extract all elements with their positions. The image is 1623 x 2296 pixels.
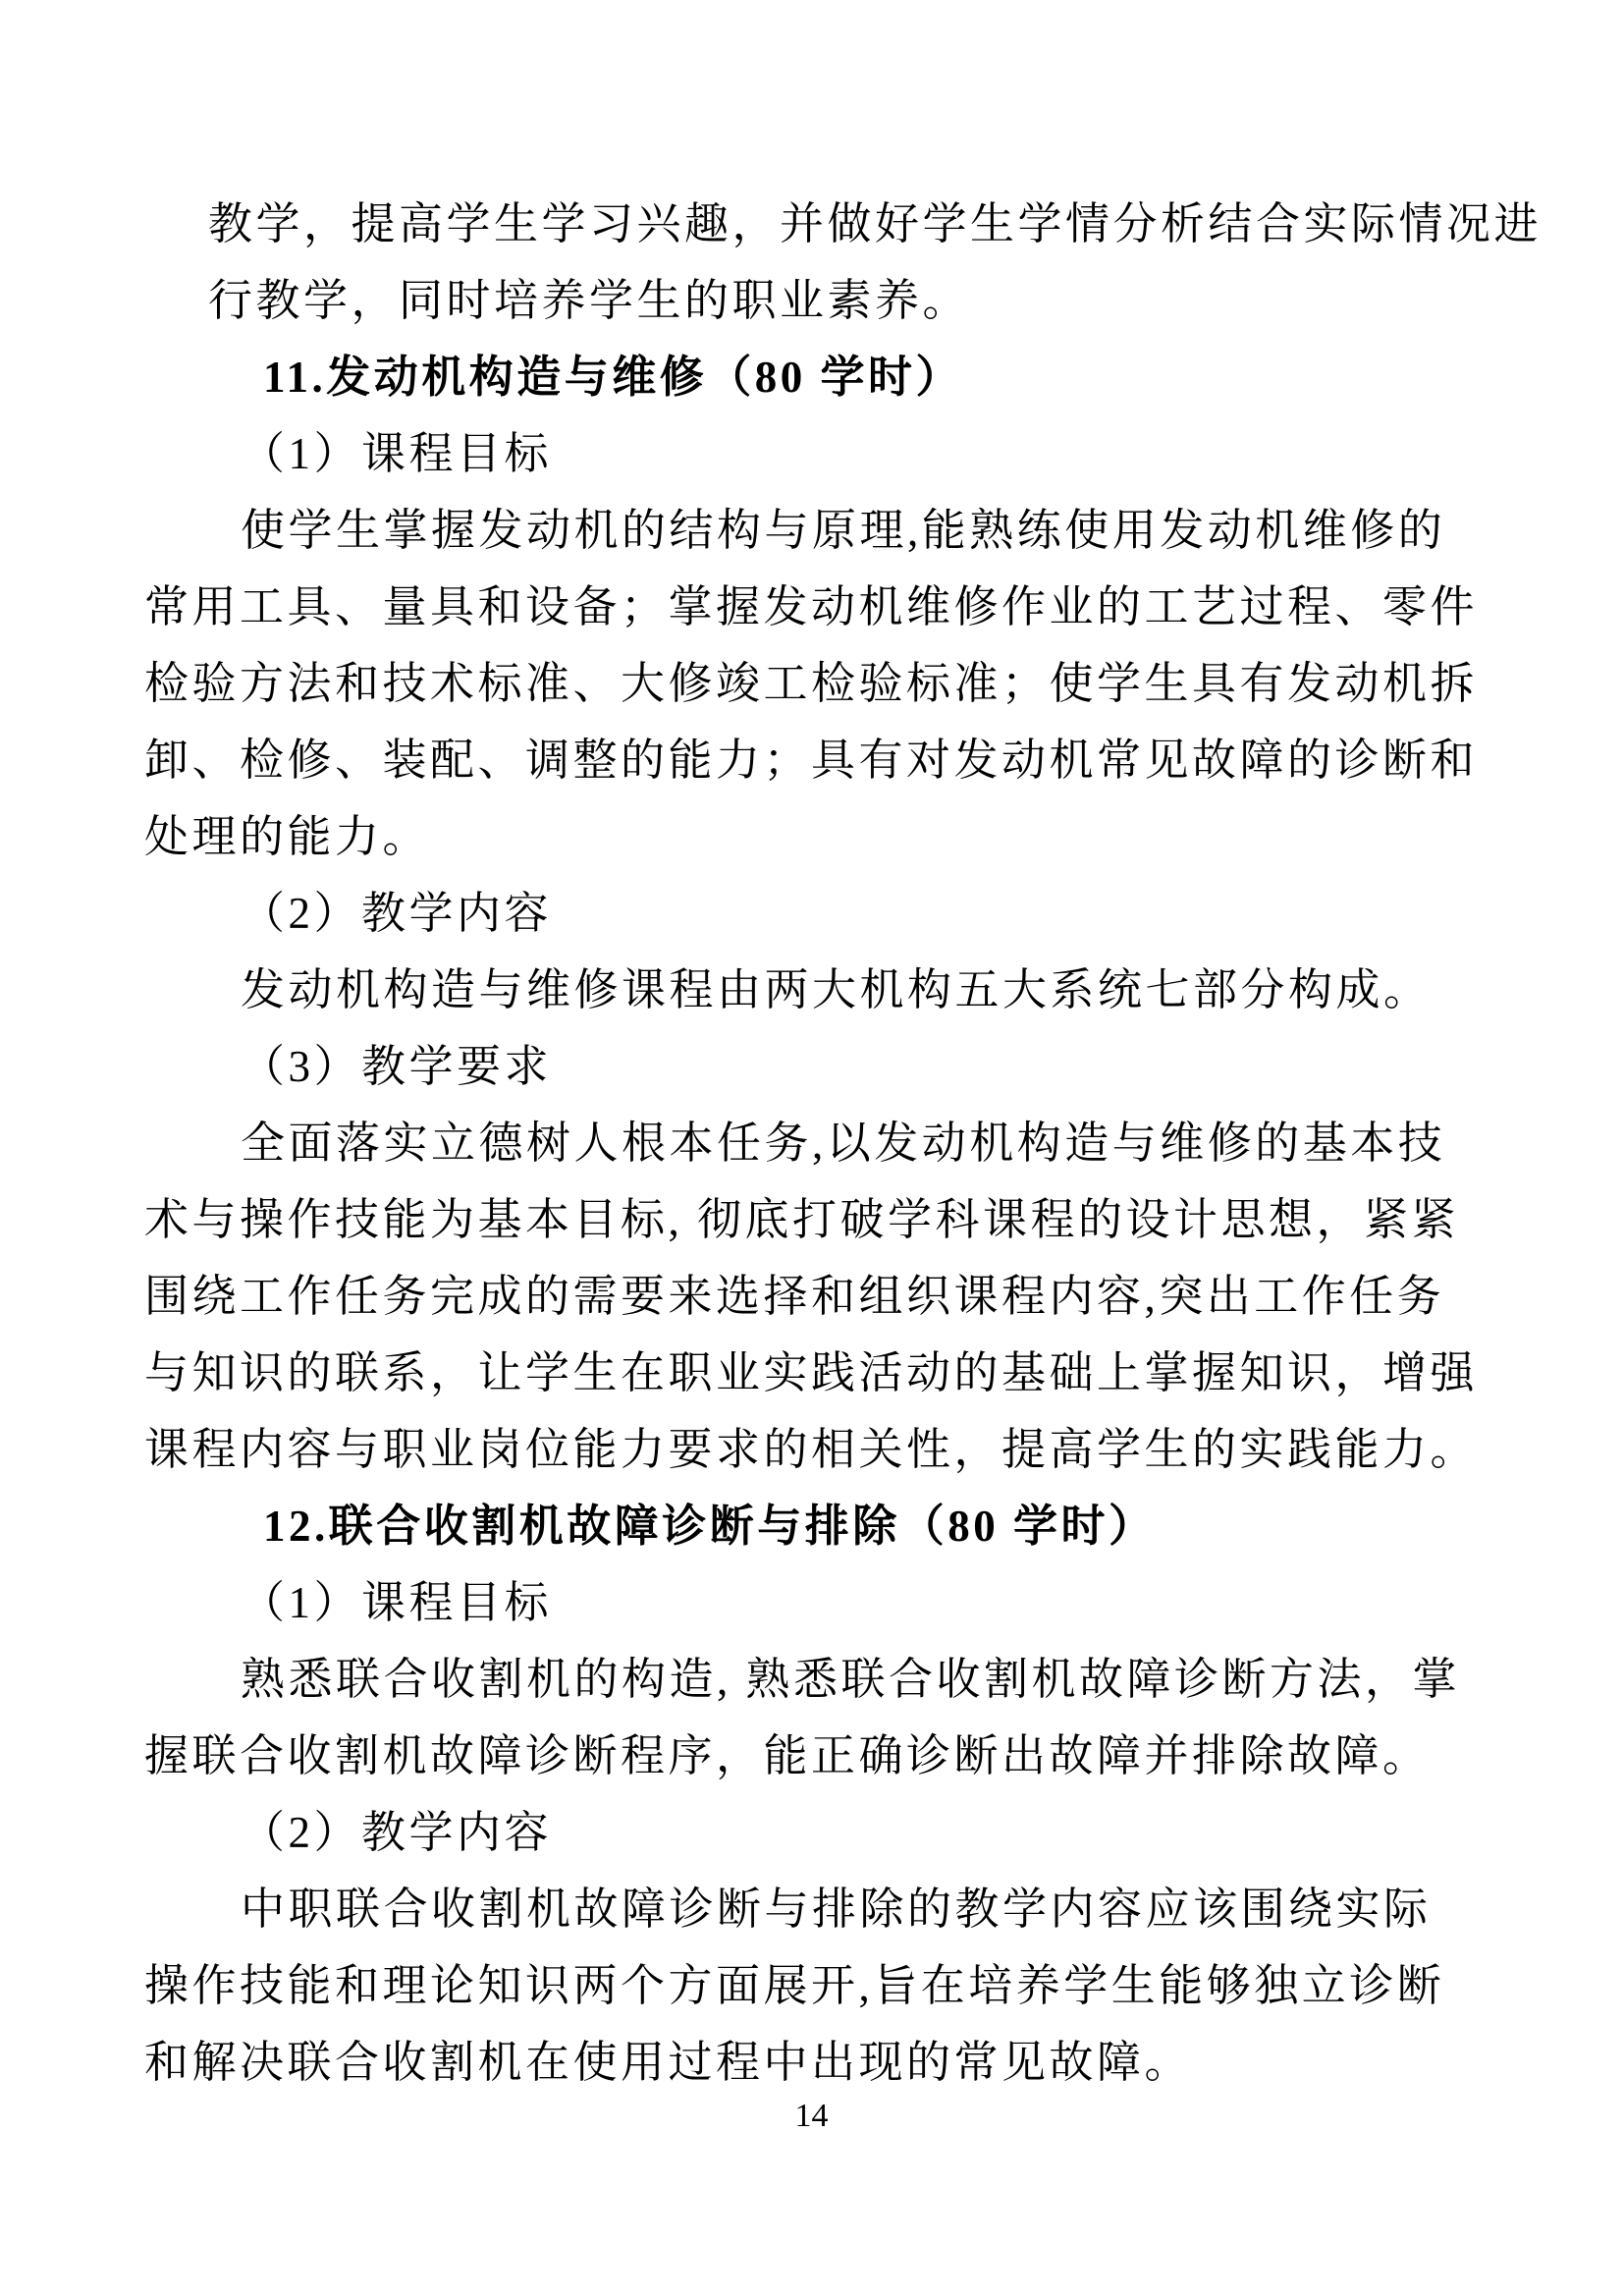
text-line: （1）课程目标 (0, 1564, 1623, 1641)
section-heading: 12.联合收割机故障诊断与排除（80 学时） (0, 1488, 1623, 1564)
text-line: 处理的能力。 (0, 798, 1623, 875)
text-line: （2）教学内容 (0, 1794, 1623, 1871)
text-block: 教学，提高学生学习兴趣，并做好学生学情分析结合实际情况进行教学，同时培养学生的职… (0, 186, 1623, 2101)
text-line: 使学生掌握发动机的结构与原理,能熟练使用发动机维修的 (0, 492, 1623, 569)
text-line: 卸、检修、装配、调整的能力；具有对发动机常见故障的诊断和 (0, 722, 1623, 798)
text-line: 课程内容与职业岗位能力要求的相关性，提高学生的实践能力。 (0, 1411, 1623, 1488)
section-heading: 11.发动机构造与维修（80 学时） (0, 339, 1623, 415)
text-line: 握联合收割机故障诊断程序，能正确诊断出故障并排除故障。 (0, 1718, 1623, 1794)
text-line: 围绕工作任务完成的需要来选择和组织课程内容,突出工作任务 (0, 1258, 1623, 1335)
text-line: 熟悉联合收割机的构造, 熟悉联合收割机故障诊断方法，掌 (0, 1641, 1623, 1718)
text-line: 与知识的联系，让学生在职业实践活动的基础上掌握知识，增强 (0, 1335, 1623, 1411)
text-line: （2）教学内容 (0, 875, 1623, 952)
text-line: 教学，提高学生学习兴趣，并做好学生学情分析结合实际情况进 (0, 186, 1623, 262)
document-page: 教学，提高学生学习兴趣，并做好学生学情分析结合实际情况进行教学，同时培养学生的职… (0, 0, 1623, 2296)
text-line: 全面落实立德树人根本任务,以发动机构造与维修的基本技 (0, 1105, 1623, 1181)
text-line: 操作技能和理论知识两个方面展开,旨在培养学生能够独立诊断 (0, 1947, 1623, 2024)
text-line: 术与操作技能为基本目标, 彻底打破学科课程的设计思想，紧紧 (0, 1181, 1623, 1258)
text-line: 发动机构造与维修课程由两大机构五大系统七部分构成。 (0, 952, 1623, 1028)
text-line: 中职联合收割机故障诊断与排除的教学内容应该围绕实际 (0, 1871, 1623, 1947)
page-number: 14 (0, 2097, 1623, 2136)
text-line: 检验方法和技术标准、大修竣工检验标准；使学生具有发动机拆 (0, 645, 1623, 722)
text-line: 和解决联合收割机在使用过程中出现的常见故障。 (0, 2024, 1623, 2101)
text-line: 行教学，同时培养学生的职业素养。 (0, 262, 1623, 339)
text-line: 常用工具、量具和设备；掌握发动机维修作业的工艺过程、零件 (0, 569, 1623, 645)
text-line: （3）教学要求 (0, 1028, 1623, 1105)
text-line: （1）课程目标 (0, 415, 1623, 492)
